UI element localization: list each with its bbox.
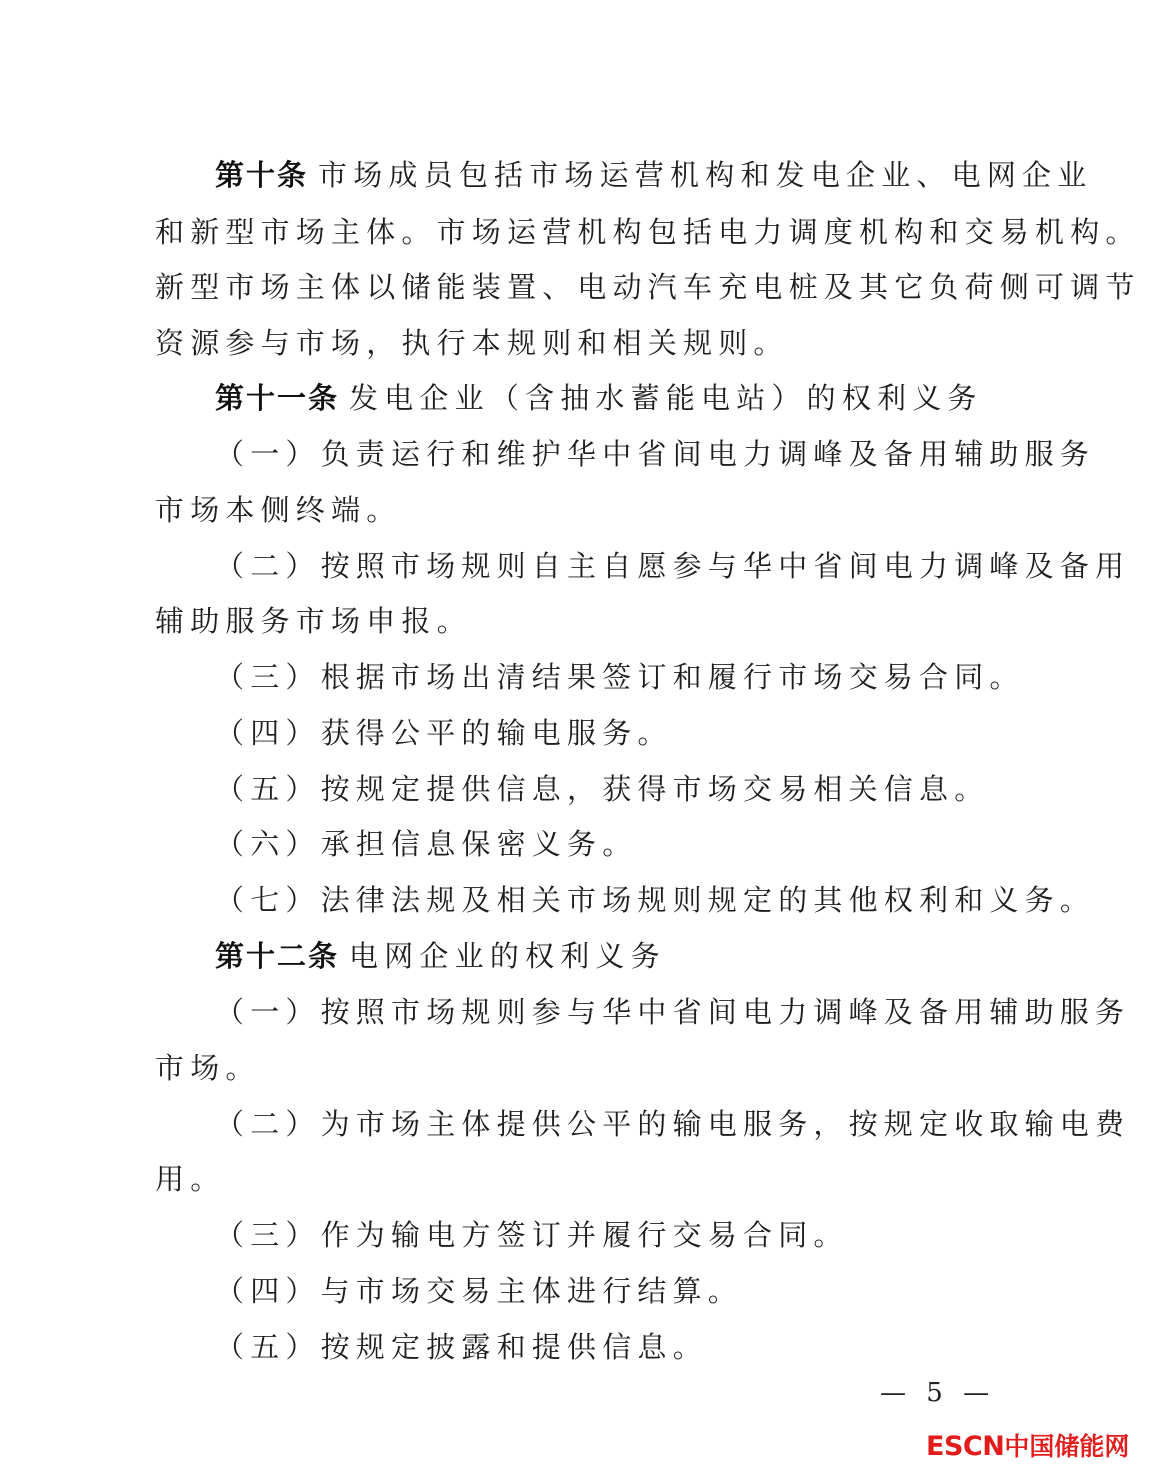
- article-12-title: 电网企业的权利义务: [349, 939, 666, 973]
- article-10-line-4: 资源参与市场，执行本规则和相关规则。: [155, 323, 1005, 363]
- article-12-item-1-cont: 市场。: [155, 1048, 1005, 1088]
- article-12-item-3: （三）作为输电方签订并履行交易合同。: [215, 1215, 1065, 1255]
- article-11-item-5: （五）按规定提供信息，获得市场交易相关信息。: [215, 769, 1065, 809]
- article-11-item-1: （一）负责运行和维护华中省间电力调峰及备用辅助服务: [215, 434, 1065, 474]
- escn-watermark-logo: ESCN中国储能网: [926, 1427, 1129, 1463]
- watermark-chinese: 中国储能网: [1004, 1432, 1129, 1461]
- article-11-item-1-cont: 市场本侧终端。: [155, 490, 1005, 530]
- article-10-text: 市场成员包括市场运营机构和发电企业、电网企业: [318, 158, 1092, 192]
- watermark-latin: ESCN: [926, 1431, 1004, 1462]
- article-10-first-line: 第十条市场成员包括市场运营机构和发电企业、电网企业: [215, 155, 1065, 195]
- article-12-heading: 第十二条: [215, 939, 339, 973]
- article-12-item-4: （四）与市场交易主体进行结算。: [215, 1271, 1065, 1311]
- article-11-item-4: （四）获得公平的输电服务。: [215, 713, 1065, 753]
- page-number: — 5 —: [880, 1378, 995, 1408]
- article-11-heading: 第十一条: [215, 381, 339, 415]
- article-12-item-5: （五）按规定披露和提供信息。: [215, 1327, 1065, 1367]
- article-11-item-3: （三）根据市场出清结果签订和履行市场交易合同。: [215, 657, 1065, 697]
- article-12-title-line: 第十二条电网企业的权利义务: [215, 936, 1065, 976]
- article-11-item-2-cont: 辅助服务市场申报。: [155, 601, 1005, 641]
- article-10-line-3: 新型市场主体以储能装置、电动汽车充电桩及其它负荷侧可调节: [155, 267, 1005, 307]
- article-10-line-2: 和新型市场主体。市场运营机构包括电力调度机构和交易机构。: [155, 212, 1005, 252]
- article-10-heading: 第十条: [215, 158, 308, 192]
- article-11-item-2: （二）按照市场规则自主自愿参与华中省间电力调峰及备用: [215, 546, 1065, 586]
- article-11-title: 发电企业（含抽水蓄能电站）的权利义务: [349, 381, 983, 415]
- article-12-item-2: （二）为市场主体提供公平的输电服务，按规定收取输电费: [215, 1104, 1065, 1144]
- article-12-item-1: （一）按照市场规则参与华中省间电力调峰及备用辅助服务: [215, 992, 1065, 1032]
- article-11-title-line: 第十一条发电企业（含抽水蓄能电站）的权利义务: [215, 378, 1065, 418]
- article-12-item-2-cont: 用。: [155, 1159, 1005, 1199]
- article-11-item-6: （六）承担信息保密义务。: [215, 824, 1065, 864]
- article-11-item-7: （七）法律法规及相关市场规则规定的其他权利和义务。: [215, 880, 1065, 920]
- document-page: 第十条市场成员包括市场运营机构和发电企业、电网企业 和新型市场主体。市场运营机构…: [0, 0, 1159, 1481]
